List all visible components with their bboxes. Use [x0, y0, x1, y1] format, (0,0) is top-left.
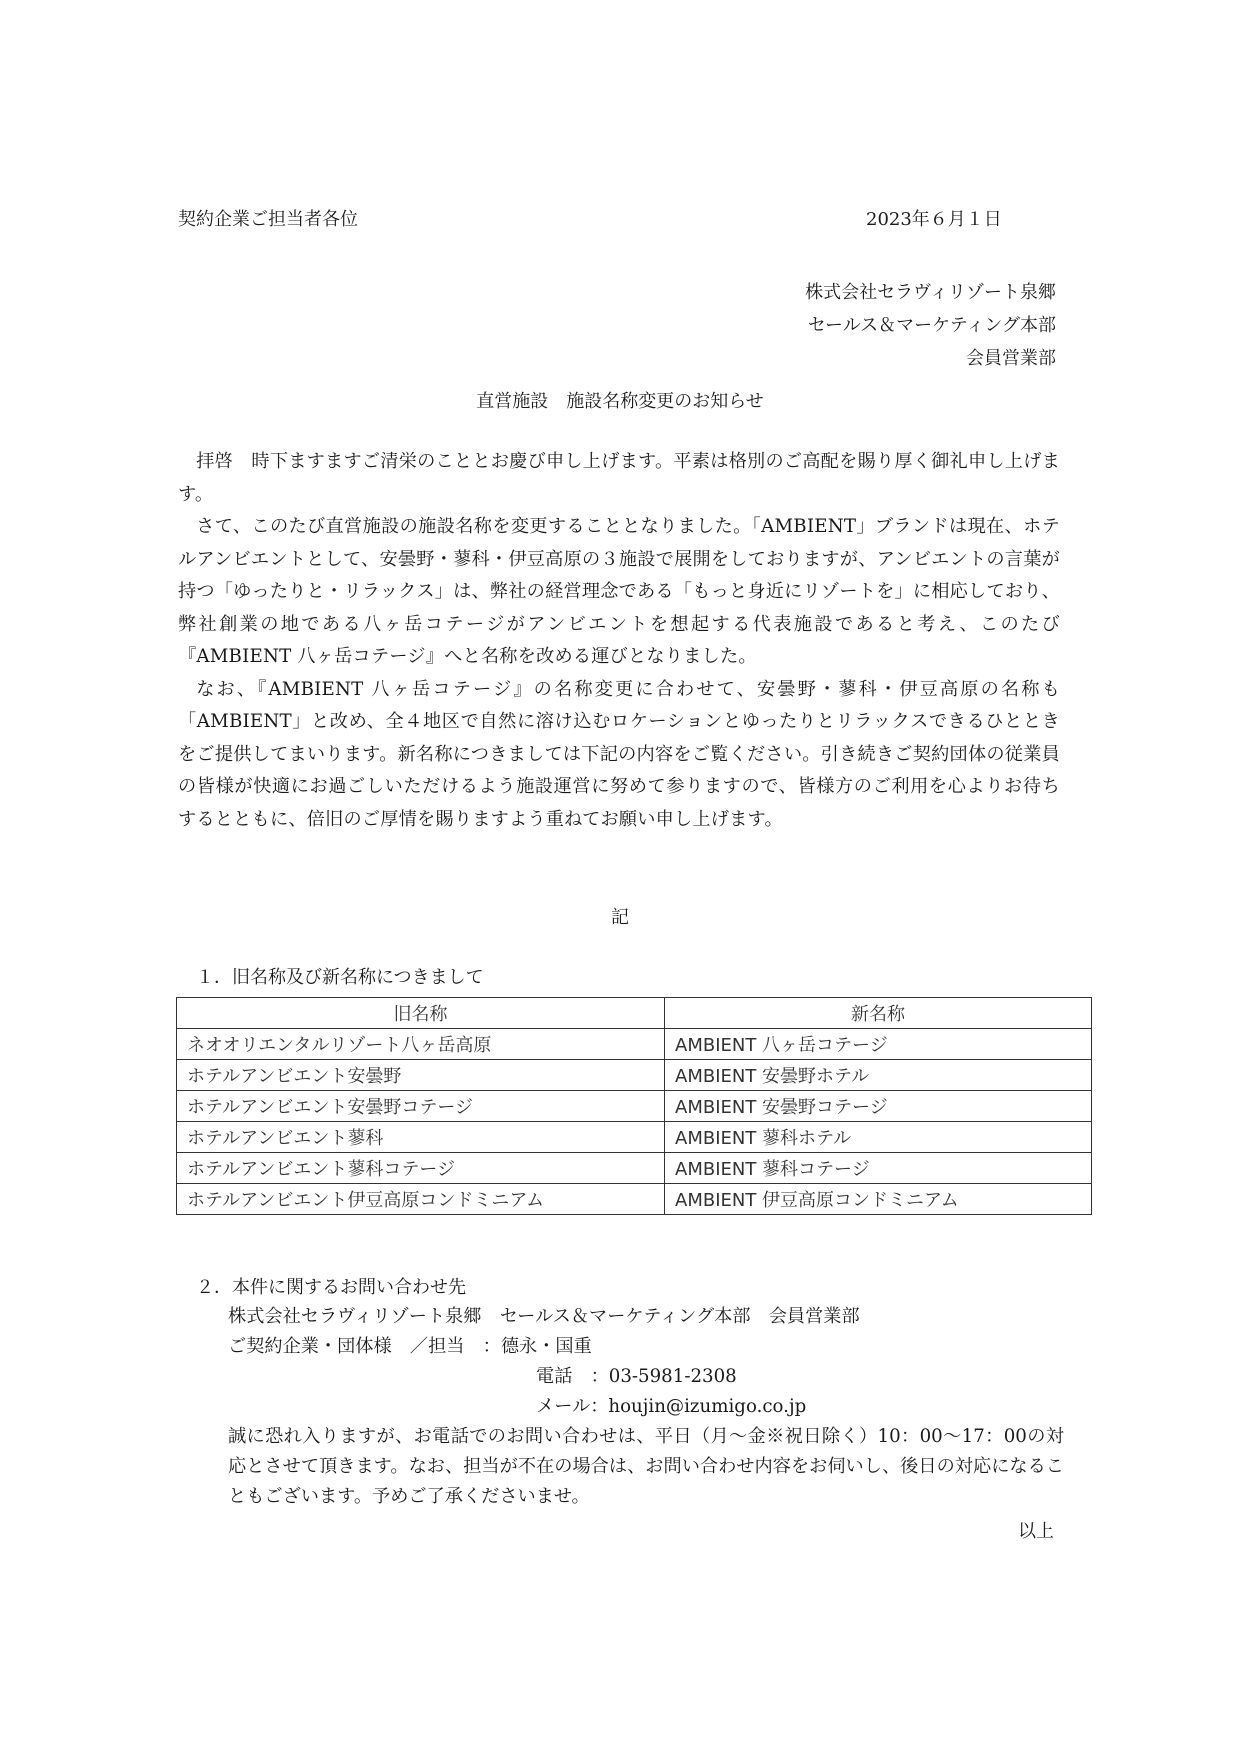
contact-hours-note: 誠に恐れ入りますが、お電話でのお問い合わせは、平日（月～金※祝日除く）10：00… — [228, 1422, 1064, 1512]
old-name-cell: ホテルアンビエント安曇野 — [177, 1060, 665, 1091]
old-name-cell: ホテルアンビエント蓼科 — [177, 1122, 665, 1153]
table-row: ホテルアンビエント伊豆高原コンドミニアムAMBIENT 伊豆高原コンドミニアム — [177, 1184, 1092, 1215]
addressee: 契約企業ご担当者各位 — [178, 208, 358, 232]
closing: 以上 — [1018, 1520, 1054, 1544]
old-name-cell: ネオオリエンタルリゾート八ヶ岳高原 — [177, 1029, 665, 1060]
sender-company: 株式会社セラヴィリゾート泉郷 — [805, 276, 1056, 309]
table-header-row: 旧名称 新名称 — [177, 998, 1092, 1029]
contact-email[interactable]: メール：houjin@izumigo.co.jp — [228, 1392, 1064, 1422]
document-title: 直営施設 施設名称変更のお知らせ — [0, 390, 1240, 414]
body-paragraph-2: さて、このたび直営施設の施設名称を変更することとなりました。「AMBIENT」ブ… — [178, 511, 1060, 674]
contact-block: 株式会社セラヴィリゾート泉郷 セールス＆マーケティング本部 会員営業部 ご契約企… — [228, 1302, 1064, 1512]
new-name-cell: AMBIENT 八ヶ岳コテージ — [665, 1029, 1092, 1060]
body-text: 拝啓 時下ますますご清栄のこととお慶び申し上げます。平素は格別のご高配を賜り厚く… — [178, 446, 1060, 836]
column-header-old-name: 旧名称 — [177, 998, 665, 1029]
old-name-cell: ホテルアンビエント安曇野コテージ — [177, 1091, 665, 1122]
table-row: ホテルアンビエント安曇野コテージAMBIENT 安曇野コテージ — [177, 1091, 1092, 1122]
body-paragraph-3: なお、『AMBIENT 八ヶ岳コテージ』の名称変更に合わせて、安曇野・蓼科・伊豆… — [178, 674, 1060, 837]
column-header-new-name: 新名称 — [665, 998, 1092, 1029]
new-name-cell: AMBIENT 安曇野コテージ — [665, 1091, 1092, 1122]
new-name-cell: AMBIENT 安曇野ホテル — [665, 1060, 1092, 1091]
table-row: ネオオリエンタルリゾート八ヶ岳高原AMBIENT 八ヶ岳コテージ — [177, 1029, 1092, 1060]
new-name-cell: AMBIENT 蓼科ホテル — [665, 1122, 1092, 1153]
section2-heading: ２．本件に関するお問い合わせ先 — [196, 1276, 466, 1300]
ki-marker: 記 — [0, 906, 1240, 930]
sender-block: 株式会社セラヴィリゾート泉郷 セールス＆マーケティング本部 会員営業部 — [805, 276, 1056, 375]
contact-organization: 株式会社セラヴィリゾート泉郷 セールス＆マーケティング本部 会員営業部 — [228, 1302, 1064, 1332]
contact-persons: ご契約企業・団体様 ／担当 ：德永・国重 — [228, 1332, 1064, 1362]
body-paragraph-1: 拝啓 時下ますますご清栄のこととお慶び申し上げます。平素は格別のご高配を賜り厚く… — [178, 446, 1060, 511]
section1-heading: １．旧名称及び新名称につきまして — [196, 966, 484, 990]
table-row: ホテルアンビエント安曇野AMBIENT 安曇野ホテル — [177, 1060, 1092, 1091]
date: 2023年６月１日 — [866, 208, 1002, 232]
table-row: ホテルアンビエント蓼科AMBIENT 蓼科ホテル — [177, 1122, 1092, 1153]
old-name-cell: ホテルアンビエント伊豆高原コンドミニアム — [177, 1184, 665, 1215]
table-row: ホテルアンビエント蓼科コテージAMBIENT 蓼科コテージ — [177, 1153, 1092, 1184]
new-name-cell: AMBIENT 伊豆高原コンドミニアム — [665, 1184, 1092, 1215]
new-name-cell: AMBIENT 蓼科コテージ — [665, 1153, 1092, 1184]
old-name-cell: ホテルアンビエント蓼科コテージ — [177, 1153, 665, 1184]
name-change-table: 旧名称 新名称 ネオオリエンタルリゾート八ヶ岳高原AMBIENT 八ヶ岳コテージ… — [176, 997, 1092, 1215]
contact-phone: 電話 ：03-5981-2308 — [228, 1362, 1064, 1392]
sender-division: セールス＆マーケティング本部 — [805, 309, 1056, 342]
sender-department: 会員営業部 — [805, 342, 1056, 375]
